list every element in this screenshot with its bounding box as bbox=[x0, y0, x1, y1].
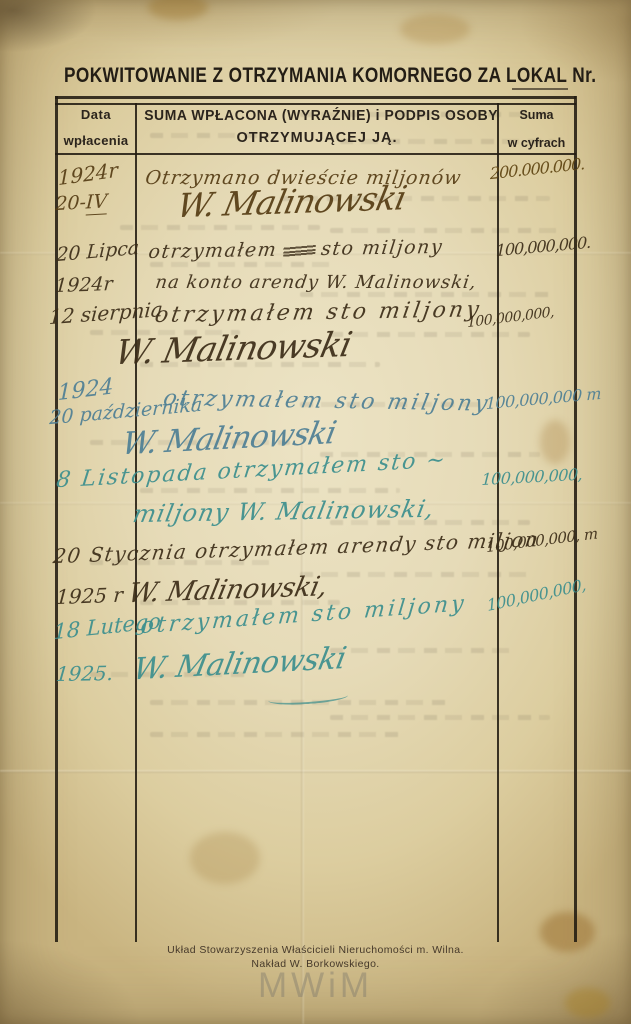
entry-4-text: otrzymałem sto miljony bbox=[161, 386, 492, 417]
paper-crease bbox=[0, 770, 631, 773]
table-header-bottom-rule bbox=[55, 153, 576, 155]
entry-2-date-year: 1924r bbox=[54, 273, 113, 297]
bleedthrough-row bbox=[150, 732, 400, 737]
stain bbox=[190, 832, 260, 884]
entry-3-signature: W. Malinowski bbox=[111, 325, 354, 374]
entry-6-date-year: 1925 r bbox=[55, 583, 123, 609]
archive-watermark: MWiM bbox=[0, 966, 631, 1006]
entry-7-sum: 100,000,000, bbox=[486, 575, 587, 615]
page-title: POKWITOWANIE Z OTRZYMANIA KOMORNEGO ZA L… bbox=[64, 64, 596, 88]
header-sum-line1: Suma bbox=[499, 108, 574, 122]
entry-1-date-month-roman: IV bbox=[85, 190, 107, 215]
entry-7-date-year: 1925. bbox=[55, 661, 114, 686]
bleedthrough-row bbox=[120, 225, 320, 230]
title-underline bbox=[512, 88, 568, 90]
entry-3-date: 12 sierpnia bbox=[48, 297, 163, 329]
crossed-out-scribble bbox=[283, 243, 316, 258]
entry-2-text-part1: otrzymałem bbox=[147, 239, 278, 263]
stain bbox=[540, 420, 570, 464]
header-main-line2: OTRZYMUJĄCEJ JĄ. bbox=[137, 130, 497, 146]
header-date-line1: Data bbox=[57, 107, 135, 122]
entry-4-sum: 100,000,000 m bbox=[486, 384, 601, 413]
bleedthrough-row bbox=[150, 262, 330, 267]
entry-1-date-year: 1924r bbox=[58, 158, 118, 191]
header-main-line1: SUMA WPŁACONA (WYRAŹNIE) i PODPIS OSOBY bbox=[144, 108, 490, 124]
entry-3-text: otrzymałem sto miljony bbox=[153, 297, 483, 328]
bleedthrough-row bbox=[140, 488, 400, 493]
stain bbox=[148, 0, 208, 20]
bleedthrough-row bbox=[330, 715, 550, 720]
table-column-divider-sum bbox=[497, 103, 499, 942]
header-sum-line2: w cyfrach bbox=[499, 136, 574, 150]
footer-publisher-line1: Układ Stowarzyszenia Właścicieli Nieruch… bbox=[0, 944, 631, 956]
entry-1-date-day-number: 20- bbox=[55, 191, 87, 215]
table-border-top-outer bbox=[55, 96, 576, 99]
bleedthrough-row bbox=[300, 572, 530, 577]
bleedthrough-row bbox=[330, 332, 530, 337]
entry-6-text-line1: 20 Stycznia otrzymałem arendy sto miljon bbox=[52, 527, 541, 568]
entry-7-signature: W. Malinowski bbox=[130, 641, 349, 688]
entry-5-sum: 100,000,000, bbox=[481, 465, 583, 489]
entry-2-text-line1: otrzymałemsto miljony bbox=[147, 236, 444, 263]
entry-2-date-day: 20 Lipca bbox=[56, 237, 140, 266]
entry-1-date-day: 20-IV bbox=[55, 190, 108, 215]
table-border-right bbox=[574, 96, 577, 942]
entry-1-signature: W. Malinowski bbox=[174, 178, 410, 225]
document-page: POKWITOWANIE Z OTRZYMANIA KOMORNEGO ZA L… bbox=[0, 0, 631, 1024]
stain bbox=[400, 14, 470, 44]
bleedthrough-row bbox=[330, 228, 560, 233]
entry-1-sum: 200.000.000. bbox=[490, 154, 584, 183]
entry-2-text-part2: sto miljony bbox=[320, 236, 445, 260]
entry-2-text-line2: na konto arendy W. Malinowski, bbox=[154, 272, 478, 293]
bleedthrough-row bbox=[330, 648, 510, 653]
entry-5-text-line2: miljony W. Malinowski, bbox=[131, 495, 438, 528]
table-border-left bbox=[55, 96, 58, 942]
header-date-line2: wpłacenia bbox=[57, 133, 135, 148]
